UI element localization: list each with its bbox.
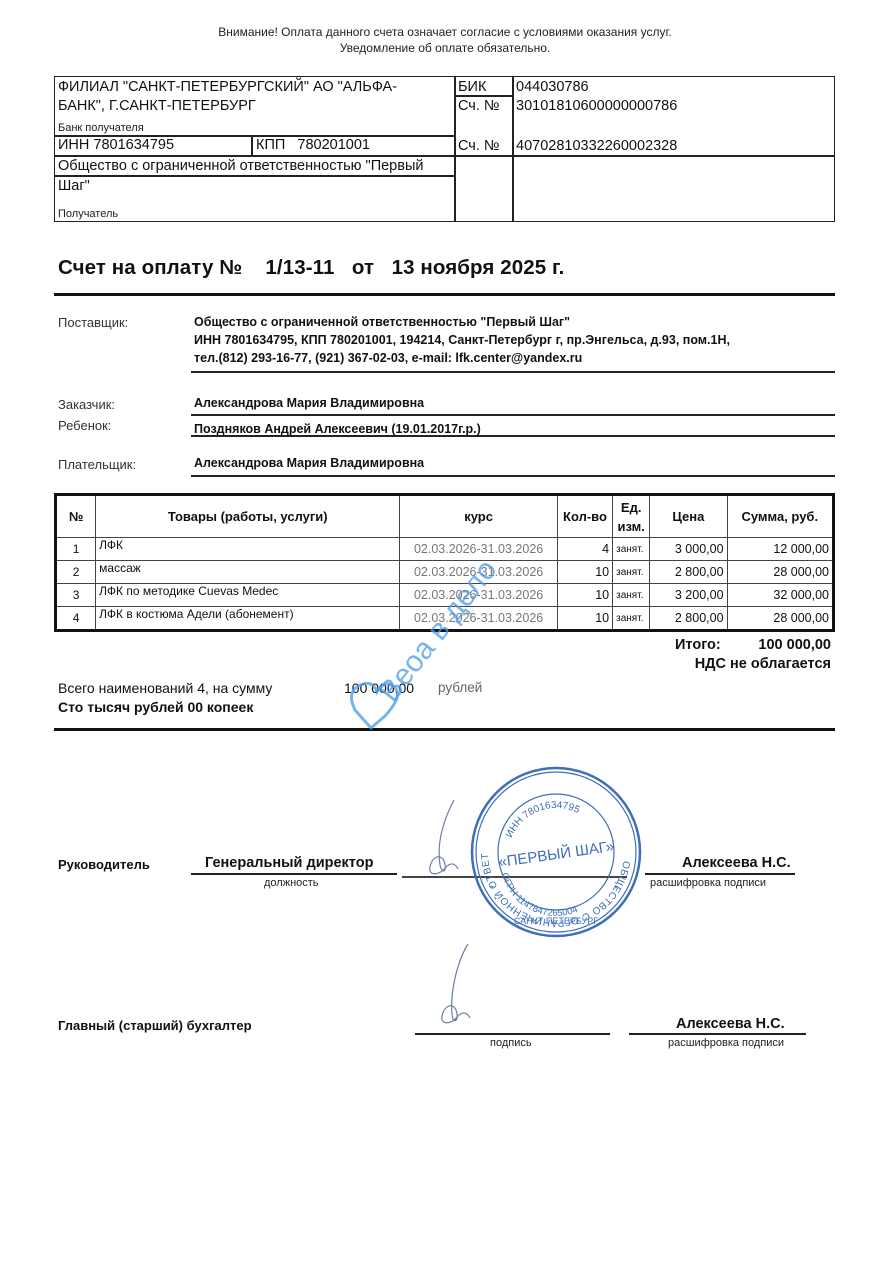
row-num: 4: [56, 607, 96, 631]
account-value: 40702810332260002328: [516, 136, 677, 156]
customer-label: Заказчик:: [58, 397, 115, 412]
row-num: 1: [56, 538, 96, 561]
payer-divider: [191, 475, 835, 477]
stamp-star-icon: *: [490, 884, 494, 895]
supplier-details: ИНН 7801634795, КПП 780201001, 194214, С…: [194, 333, 730, 347]
row-price: 3 000,00: [650, 538, 727, 561]
corr-account-label: Сч. №: [458, 96, 499, 116]
recipient-line2: Шаг": [58, 176, 90, 196]
inn-label: ИНН: [58, 137, 89, 153]
row-price: 3 200,00: [650, 584, 727, 607]
customer-value: Александрова Мария Владимировна: [194, 396, 424, 410]
payer-label: Плательщик:: [58, 457, 136, 472]
bik-value: 044030786: [516, 77, 589, 97]
row-num: 2: [56, 561, 96, 584]
payer-value: Александрова Мария Владимировна: [194, 456, 424, 470]
inn-value: 7801634795: [93, 137, 174, 153]
row-course: 02.03.2026-31.03.2026: [400, 538, 558, 561]
stamp-star-icon: *: [614, 884, 618, 895]
bank-name-line2: БАНК", Г.САНКТ-ПЕТЕРБУРГ: [58, 96, 256, 116]
row-qty: 10: [557, 607, 612, 631]
header-unit-line2: изм.: [618, 519, 645, 534]
signature-caption: подпись: [490, 1037, 532, 1049]
payment-notice-line2: Уведомление об оплате обязательно.: [0, 40, 875, 56]
stamp-inn: ИНН 7801634795: [504, 800, 582, 840]
accountant-signature-line: [415, 1033, 610, 1035]
account-label: Сч. №: [458, 136, 499, 156]
stamp-center-text: «ПЕРВЫЙ ШАГ»: [497, 837, 615, 871]
accountant-name-caption: расшифровка подписи: [668, 1037, 784, 1049]
bank-name-line1: ФИЛИАЛ "САНКТ-ПЕТЕРБУРГСКИЙ" АО "АЛЬФА-: [58, 77, 397, 97]
row-unit: занят.: [613, 538, 650, 561]
kpp-value: 780201001: [297, 137, 370, 153]
recipient-line1: Общество с ограниченной ответственностью…: [58, 156, 423, 176]
director-role: Руководитель: [58, 857, 150, 872]
table-header-row: № Товары (работы, услуги) курс Кол-во Ед…: [56, 495, 834, 538]
supplier-name: Общество с ограниченной ответственностью…: [194, 315, 570, 329]
from-word: от: [352, 256, 374, 279]
bank-details-table: ФИЛИАЛ "САНКТ-ПЕТЕРБУРГСКИЙ" АО "АЛЬФА- …: [54, 76, 835, 222]
header-unit-line1: Ед.: [621, 500, 642, 515]
title-prefix: Счет на оплату №: [58, 256, 242, 279]
row-name: ЛФК: [96, 538, 400, 561]
kpp-label: КПП: [256, 137, 285, 153]
row-qty: 10: [557, 561, 612, 584]
row-price: 2 800,00: [650, 607, 727, 631]
stamp-city: САНКТ ПЕТЕРБУРГ: [514, 916, 598, 926]
invoice-date: 13 ноября 2025 г.: [392, 256, 565, 279]
svg-text:ИНН 7801634795: ИНН 7801634795: [504, 800, 582, 840]
vat-note: НДС не облагается: [695, 656, 831, 672]
row-unit: занят.: [613, 607, 650, 631]
row-sum: 28 000,00: [727, 607, 833, 631]
bank-caption: Банк получателя: [58, 122, 144, 134]
watermark-logo: Веоа в дело: [335, 560, 515, 740]
header-course: курс: [400, 495, 558, 538]
row-num: 3: [56, 584, 96, 607]
table-row: 1 ЛФК 02.03.2026-31.03.2026 4 занят. 3 0…: [56, 538, 834, 561]
title-divider: [54, 293, 835, 296]
row-sum: 28 000,00: [727, 561, 833, 584]
director-position: Генеральный директор: [205, 855, 373, 871]
position-caption: должность: [264, 877, 319, 889]
header-num: №: [56, 495, 96, 538]
kpp-field: КПП 780201001: [256, 135, 370, 155]
row-qty: 10: [557, 584, 612, 607]
company-stamp: ОБЩЕСТВО С ОГРАНИЧЕННОЙ ОТВЕТСТВЕННОСТЬЮ…: [468, 764, 644, 940]
customer-divider: [191, 414, 835, 416]
header-price: Цена: [650, 495, 727, 538]
bik-label: БИК: [458, 77, 486, 97]
accountant-name-line: [629, 1033, 806, 1035]
total-value: 100 000,00: [758, 637, 831, 653]
director-name: Алексеева Н.С.: [682, 855, 791, 871]
inn-field: ИНН 7801634795: [58, 135, 174, 155]
child-label: Ребенок:: [58, 418, 111, 433]
header-unit: Ед.изм.: [613, 495, 650, 538]
header-qty: Кол-во: [557, 495, 612, 538]
accountant-name: Алексеева Н.С.: [676, 1016, 785, 1032]
total-label: Итого:: [675, 637, 721, 653]
row-qty: 4: [557, 538, 612, 561]
supplier-label: Поставщик:: [58, 315, 128, 330]
amount-in-words: Сто тысяч рублей 00 копеек: [58, 699, 253, 715]
invoice-title: Счет на оплату № 1/13-11 от 13 ноября 20…: [58, 256, 564, 280]
row-unit: занят.: [613, 561, 650, 584]
header-sum: Сумма, руб.: [727, 495, 833, 538]
child-value: Поздняков Андрей Алексеевич (19.01.2017г…: [194, 422, 481, 436]
child-divider: [191, 435, 835, 437]
accountant-signature-icon: [428, 940, 488, 1030]
row-sum: 12 000,00: [727, 538, 833, 561]
supplier-divider: [191, 371, 835, 373]
director-name-caption: расшифровка подписи: [650, 877, 766, 889]
recipient-caption: Получатель: [58, 208, 118, 220]
corr-account-value: 30101810600000000786: [516, 96, 677, 116]
row-price: 2 800,00: [650, 561, 727, 584]
summary-text: Всего наименований 4, на сумму: [58, 680, 272, 696]
director-name-line: [645, 873, 795, 875]
row-unit: занят.: [613, 584, 650, 607]
accountant-role: Главный (старший) бухгалтер: [58, 1018, 252, 1033]
header-name: Товары (работы, услуги): [96, 495, 400, 538]
row-sum: 32 000,00: [727, 584, 833, 607]
position-line: [191, 873, 397, 875]
invoice-number: 1/13-11: [265, 256, 334, 279]
supplier-contacts: тел.(812) 293-16-77, (921) 367-02-03, e-…: [194, 351, 582, 365]
payment-notice-line1: Внимание! Оплата данного счета означает …: [0, 24, 875, 40]
